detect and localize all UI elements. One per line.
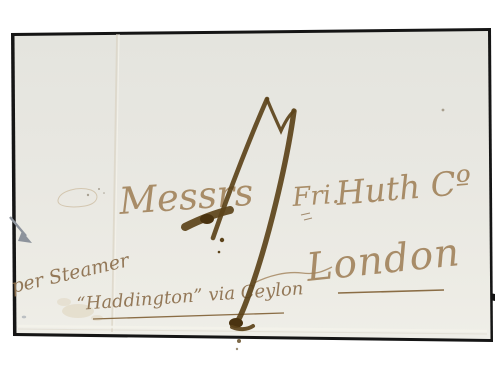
- scribble-dot: [87, 194, 89, 196]
- foxing-stain: [91, 315, 103, 321]
- cover-edge-nub: [490, 293, 495, 301]
- foxing-stain: [57, 298, 71, 306]
- paper-speck: [442, 109, 445, 112]
- rate-mark-drip: [237, 339, 241, 343]
- address-firm-abbrev: Fri.: [290, 180, 340, 213]
- rate-mark-drip: [220, 238, 224, 242]
- scribble-dot: [98, 188, 100, 190]
- cover-photo-canvas: Messrs Fri. Huth Cº London per Steamer “…: [0, 0, 500, 375]
- rate-mark-drip: [236, 348, 238, 350]
- paper-speck: [22, 316, 26, 319]
- photo-of-postal-cover: Messrs Fri. Huth Cº London per Steamer “…: [0, 0, 500, 375]
- scribble-dot: [103, 192, 105, 194]
- rate-mark-drip: [218, 251, 221, 254]
- rate-mark-ink-blob: [200, 214, 214, 224]
